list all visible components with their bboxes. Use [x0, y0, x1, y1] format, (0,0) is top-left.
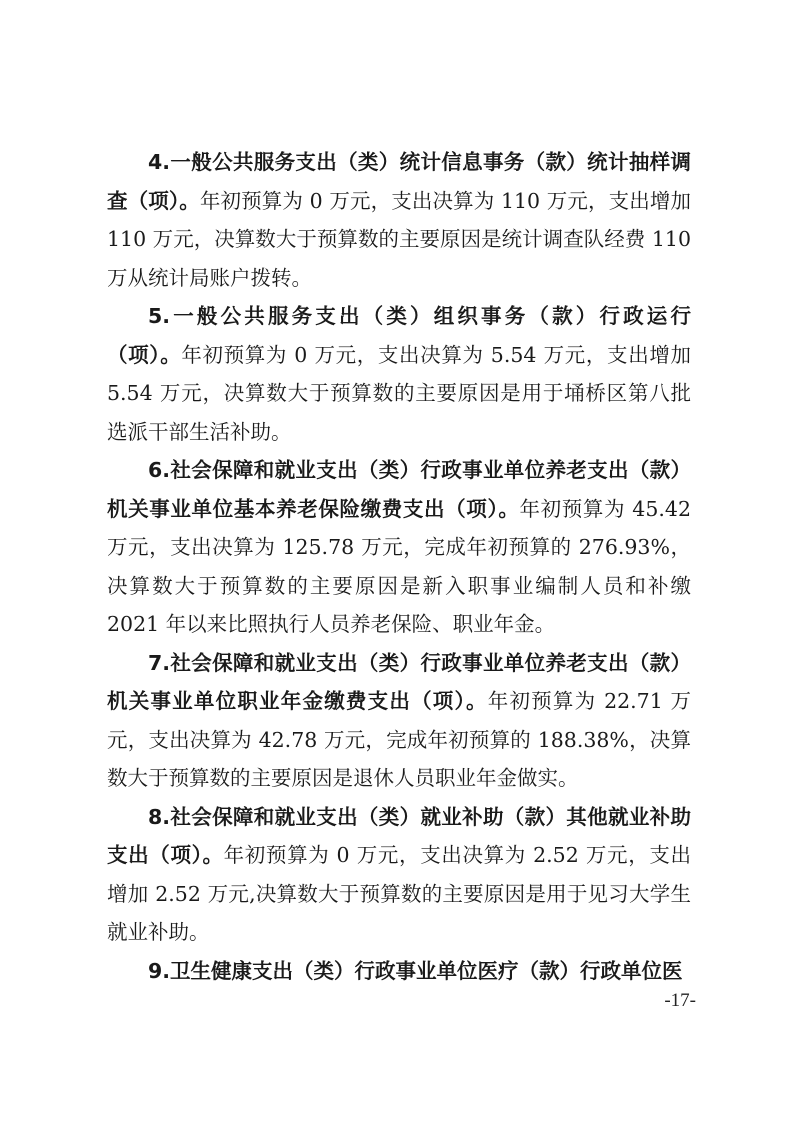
- paragraph-item-9: 9.卫生健康支出（类）行政事业单位医疗（款）行政单位医: [107, 952, 691, 991]
- paragraph-item-5: 5.一般公共服务支出（类）组织事务（款）行政运行（项）。年初预算为 0 万元，支…: [107, 297, 691, 451]
- paragraph-body: 年初预算为 0 万元，支出决算为 5.54 万元，支出增加 5.54 万元，决算…: [107, 343, 691, 444]
- paragraph-heading: 9.卫生健康支出（类）行政事业单位医疗（款）行政单位医: [148, 959, 683, 983]
- paragraph-item-7: 7.社会保障和就业支出（类）行政事业单位养老支出（款）机关事业单位职业年金缴费支…: [107, 644, 691, 798]
- paragraph-item-4: 4.一般公共服务支出（类）统计信息事务（款）统计抽样调查（项）。年初预算为 0 …: [107, 143, 691, 297]
- page-number: -17-: [652, 990, 696, 1012]
- paragraph-item-8: 8.社会保障和就业支出（类）就业补助（款）其他就业补助支出（项）。年初预算为 0…: [107, 798, 691, 952]
- document-page: 4.一般公共服务支出（类）统计信息事务（款）统计抽样调查（项）。年初预算为 0 …: [0, 0, 793, 1122]
- paragraph-item-6: 6.社会保障和就业支出（类）行政事业单位养老支出（款）机关事业单位基本养老保险缴…: [107, 451, 691, 644]
- body-text: 4.一般公共服务支出（类）统计信息事务（款）统计抽样调查（项）。年初预算为 0 …: [107, 143, 691, 990]
